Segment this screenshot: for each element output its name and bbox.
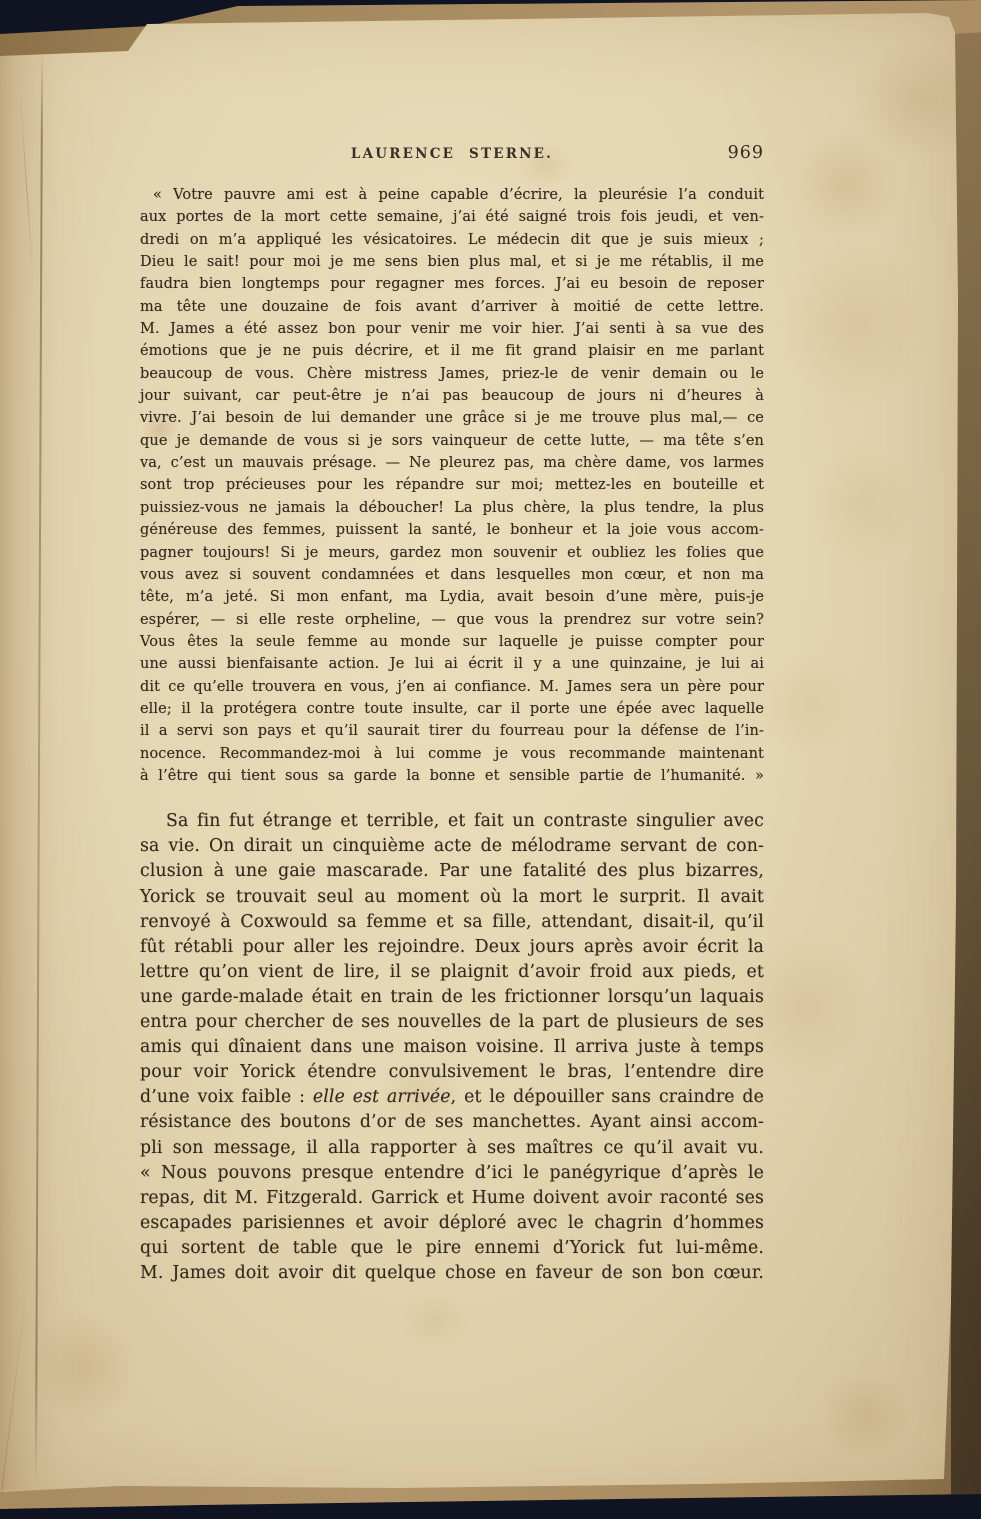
narrative-paragraph: Sa fin fut étrange et terrible, et fait … — [140, 809, 764, 1286]
text-line: que je demande de vous si je sors vainqu… — [140, 430, 764, 452]
text-line: aux portes de la mort cette semaine, j’a… — [140, 206, 764, 228]
text-line: Dieu le sait! pour moi je me sens bien p… — [140, 251, 764, 273]
paper-stain — [820, 1370, 910, 1460]
text-line: sa vie. On dirait un cinquième acte de m… — [140, 834, 764, 859]
text-line: Vous êtes la seule femme au monde sur la… — [140, 631, 764, 653]
text-line: résistance des boutons d’or de ses manch… — [140, 1110, 764, 1135]
text-line: vivre. J’ai besoin de lui demander une g… — [140, 407, 764, 429]
text-line: elle; il la protégera contre toute insul… — [140, 698, 764, 720]
text-line: dredi on m’a appliqué les vésicatoires. … — [140, 229, 764, 251]
gutter-shadow — [0, 40, 60, 1490]
text-line: renvoyé à Coxwould sa femme et sa fille,… — [140, 910, 764, 935]
paper-stain — [810, 440, 920, 570]
paper-stain — [790, 130, 900, 240]
page-number: 969 — [728, 143, 764, 163]
text-line: tête, m’a jeté. Si mon enfant, ma Lydia,… — [140, 586, 764, 608]
text-line: amis qui dînaient dans une maison voisin… — [140, 1035, 764, 1060]
text-line: généreuse des femmes, puissent la santé,… — [140, 519, 764, 541]
text-line: Yorick se trouvait seul au moment où la … — [140, 885, 764, 910]
text-line: Sa fin fut étrange et terrible, et fait … — [140, 809, 764, 834]
text-line: vous avez si souvent condamnées et dans … — [140, 564, 764, 586]
text-line: repas, dit M. Fitzgerald. Garrick et Hum… — [140, 1186, 764, 1211]
paper-stain — [400, 1290, 470, 1350]
running-title: LAURENCE STERNE. — [140, 146, 764, 162]
text-line: nocence. Recommandez-moi à lui comme je … — [140, 743, 764, 765]
text-line: beaucoup de vous. Chère mistress James, … — [140, 363, 764, 385]
text-line: jour suivant, car peut-être je n’ai pas … — [140, 385, 764, 407]
text-line: clusion à une gaie mascarade. Par une fa… — [140, 859, 764, 884]
book-photograph: LAURENCE STERNE. 969 « Votre pauvre ami … — [0, 0, 981, 1519]
text-line: « Votre pauvre ami est à peine capable d… — [140, 184, 764, 206]
text-line: ma tête une douzaine de fois avant d’arr… — [140, 296, 764, 318]
text-line: d’une voix faible : elle est arrivée, et… — [140, 1085, 764, 1110]
text-line: une garde-malade était en train de les f… — [140, 985, 764, 1010]
text-line: escapades parisiennes et avoir déploré a… — [140, 1211, 764, 1236]
text-line: qui sortent de table que le pire ennemi … — [140, 1236, 764, 1261]
text-line: pagner toujours! Si je meurs, gardez mon… — [140, 542, 764, 564]
text-line: faudra bien longtemps pour regagner mes … — [140, 273, 764, 295]
text-line: lettre qu’on vient de lire, il se plaign… — [140, 960, 764, 985]
text-line: une aussi bienfaisante action. Je lui ai… — [140, 653, 764, 675]
text-line: il a servi son pays et qu’il saurait tir… — [140, 720, 764, 742]
book-page: LAURENCE STERNE. 969 « Votre pauvre ami … — [0, 0, 981, 1519]
text-line: sont trop précieuses pour les répandre s… — [140, 474, 764, 496]
text-line: « Nous pouvons presque entendre d’ici le… — [140, 1161, 764, 1186]
text-line: fût rétabli pour aller les rejoindre. De… — [140, 935, 764, 960]
text-column: LAURENCE STERNE. 969 « Votre pauvre ami … — [140, 146, 764, 1286]
text-line: M. James doit avoir dit quelque chose en… — [140, 1261, 764, 1286]
text-line: puissiez-vous ne jamais la déboucher! La… — [140, 497, 764, 519]
text-line: émotions que je ne puis décrire, et il m… — [140, 340, 764, 362]
text-line: dit ce qu’elle trouvera en vous, j’en ai… — [140, 676, 764, 698]
quoted-letter-paragraph: « Votre pauvre ami est à peine capable d… — [140, 184, 764, 787]
text-line: M. James a été assez bon pour venir me v… — [140, 318, 764, 340]
paper-stain — [780, 240, 930, 410]
text-line: à l’être qui tient sous sa garde la bonn… — [140, 765, 764, 787]
paper-stain — [760, 650, 860, 760]
text-line: pour voir Yorick étendre convulsivement … — [140, 1060, 764, 1085]
text-line: va, c’est un mauvais présage. — Ne pleur… — [140, 452, 764, 474]
text-line: pli son message, il alla rapporter à ses… — [140, 1136, 764, 1161]
page-header: LAURENCE STERNE. 969 — [140, 146, 764, 170]
text-line: espérer, — si elle reste orpheline, — qu… — [140, 609, 764, 631]
text-line: entra pour chercher de ses nouvelles de … — [140, 1010, 764, 1035]
